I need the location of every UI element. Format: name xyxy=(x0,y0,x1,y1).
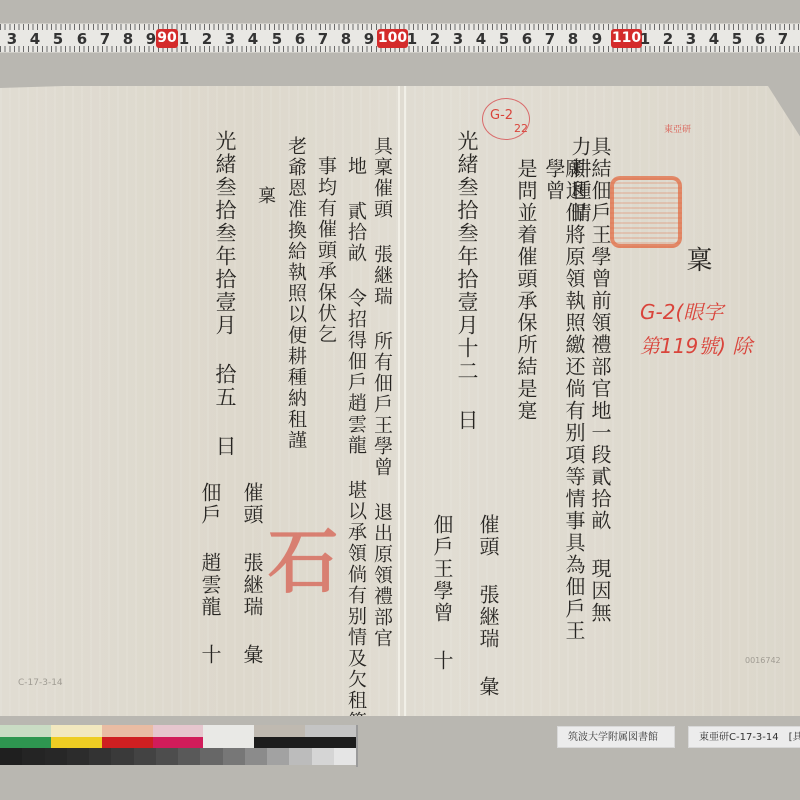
catalog-sub-code: 22 xyxy=(514,122,528,135)
left-signer-tenant: 佃戶 趙雲龍 十 xyxy=(200,482,220,666)
ruler-label: 4 xyxy=(243,30,263,48)
right-signer-tenant: 佃戶王學曾 十 xyxy=(432,514,452,672)
color-swatch xyxy=(89,748,111,765)
color-swatch xyxy=(51,737,102,748)
ruler-label: 8 xyxy=(336,30,356,48)
red-handwritten-note-line1: G-2(眼字 xyxy=(640,296,723,325)
ruler-label: 5 xyxy=(267,30,287,48)
left-date: 光緒叁拾叁年拾壹月 拾五 日 xyxy=(214,130,235,458)
color-swatch xyxy=(267,748,289,765)
left-body-line-1: 具稟催頭 張継瑞 所有佃戶王學曾 退出原領禮部官 xyxy=(372,136,391,716)
color-swatch xyxy=(0,737,51,748)
color-swatch xyxy=(305,725,356,737)
left-section-header: 稟 xyxy=(256,186,274,206)
color-swatch xyxy=(203,725,254,737)
ruler-label: 3 xyxy=(448,30,468,48)
color-swatch xyxy=(289,748,311,765)
ruler-label: 4 xyxy=(471,30,491,48)
ruler-label: 1 xyxy=(402,30,422,48)
pencil-accession-number: 0016742 xyxy=(745,656,781,665)
right-body-line-3: 是問並着催頭承保所結是寔 xyxy=(516,158,536,422)
red-brush-mark: 石 xyxy=(268,506,338,607)
catalog-label: 東亜研C-17-3-14 [具結 xyxy=(688,726,800,748)
ruler-label: 7 xyxy=(540,30,560,48)
ruler-label: 8 xyxy=(563,30,583,48)
red-handwritten-note-line2: 第119號) 除 xyxy=(640,330,752,359)
measuring-ruler: 3456789901234567891001234567891101234567 xyxy=(0,23,800,53)
ruler-label: 4 xyxy=(25,30,45,48)
chart-row-pastel xyxy=(0,725,356,737)
right-date: 光緒叁拾叁年拾壹月十二 日 xyxy=(456,130,477,432)
paper-fold-line xyxy=(398,86,400,716)
owner-stamp-small: 東亞研 xyxy=(664,122,691,135)
color-calibration-chart xyxy=(0,725,358,767)
color-swatch xyxy=(45,748,67,765)
ruler-label: 9 xyxy=(359,30,379,48)
ruler-label: 6 xyxy=(750,30,770,48)
color-swatch xyxy=(223,748,245,765)
pencil-catalog-number: C-17-3-14 xyxy=(18,678,63,688)
historical-document: G-2 22 東亞研 G-2(眼字 第119號) 除 石 C-17-3-14 0… xyxy=(0,86,800,716)
ruler-label: 4 xyxy=(704,30,724,48)
ruler-label: 7 xyxy=(95,30,115,48)
library-label: 筑波大学附属図書館 xyxy=(557,726,675,748)
color-swatch xyxy=(245,748,267,765)
color-swatch xyxy=(312,748,334,765)
color-swatch xyxy=(0,725,51,737)
catalog-code: G-2 xyxy=(490,108,513,123)
ruler-label: 1 xyxy=(174,30,194,48)
ruler-label: 3 xyxy=(2,30,22,48)
ruler-label: 2 xyxy=(197,30,217,48)
ruler-label: 2 xyxy=(658,30,678,48)
chart-row-saturated xyxy=(0,737,356,748)
color-swatch xyxy=(134,748,156,765)
color-swatch xyxy=(0,748,22,765)
color-swatch xyxy=(254,737,305,748)
ruler-label: 3 xyxy=(220,30,240,48)
color-swatch xyxy=(51,725,102,737)
color-swatch xyxy=(203,737,254,748)
ruler-label: 5 xyxy=(727,30,747,48)
ruler-label: 9 xyxy=(587,30,607,48)
color-swatch xyxy=(305,737,356,748)
color-swatch xyxy=(334,748,356,765)
color-swatch xyxy=(153,725,204,737)
left-signer-guarantor: 催頭 張継瑞 𢑥 xyxy=(242,482,262,666)
color-swatch xyxy=(22,748,44,765)
ruler-label: 1 xyxy=(635,30,655,48)
ruler-label: 6 xyxy=(517,30,537,48)
color-swatch xyxy=(102,737,153,748)
ruler-label: 5 xyxy=(494,30,514,48)
ruler-label: 7 xyxy=(773,30,793,48)
color-swatch xyxy=(111,748,133,765)
left-body-line-4: 老爺恩准換給執照以便耕種納租謹 xyxy=(286,136,305,451)
red-seal-stamp xyxy=(610,176,682,248)
color-swatch xyxy=(102,725,153,737)
color-swatch xyxy=(254,725,305,737)
ruler-label: 7 xyxy=(313,30,333,48)
paper-fold-line xyxy=(404,86,406,716)
color-swatch xyxy=(153,737,204,748)
color-swatch xyxy=(156,748,178,765)
ruler-label: 5 xyxy=(48,30,68,48)
ruler-label: 6 xyxy=(72,30,92,48)
ruler-label: 6 xyxy=(290,30,310,48)
ruler-label: 2 xyxy=(425,30,445,48)
chart-row-grayscale xyxy=(0,748,356,765)
right-body-line-2: 願退佃將原領執照繳还倘有别項等情事具為佃戶王學曾 xyxy=(544,158,584,658)
left-body-line-3: 事均有催頭承保伏乞 xyxy=(316,156,335,345)
right-section-header: 稟 xyxy=(684,246,710,274)
color-swatch xyxy=(200,748,222,765)
color-swatch xyxy=(178,748,200,765)
right-signer-guarantor: 催頭 張継瑞 𢑥 xyxy=(478,514,498,698)
left-body-line-2: 地 貳拾畝 令招得佃戶趙雲龍 堪以承領倘有别情及欠租等 xyxy=(346,156,365,716)
ruler-label: 8 xyxy=(118,30,138,48)
color-swatch xyxy=(67,748,89,765)
ruler-label: 3 xyxy=(681,30,701,48)
